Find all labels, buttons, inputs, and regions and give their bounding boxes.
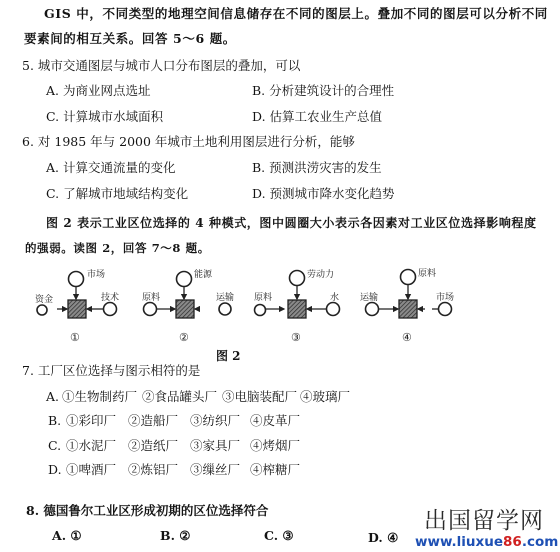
q7-option-c-item-3: ③家具厂	[190, 438, 240, 454]
q8-option-d[interactable]: D. ④	[368, 530, 398, 546]
model-3-right-label: 水	[330, 293, 339, 303]
q5-option-d[interactable]: D. 估算工农业生产总值	[252, 109, 382, 125]
q7-option-c-item-1: ①水泥厂	[66, 438, 116, 454]
watermark-url-number: 86	[503, 534, 522, 550]
q8-option-c[interactable]: C. ③	[264, 528, 294, 544]
watermark-url-prefix: www.liuxue	[415, 534, 503, 550]
intro-7-8-line1: 图 2 表示工业区位选择的 4 种模式，图中圆圈大小表示各因素对工业区位选择影响…	[46, 215, 537, 231]
q6-option-b[interactable]: B. 预测洪涝灾害的发生	[252, 160, 382, 176]
watermark-url-suffix: .com	[522, 534, 558, 550]
q7-option-c-item-4: ④烤烟厂	[250, 438, 300, 454]
q7-option-b-item-4: ④皮革厂	[250, 413, 300, 429]
model-2-top-label: 能源	[194, 270, 212, 280]
q7-option-d-item-1: ①啤酒厂	[66, 462, 116, 478]
industrial-location-models-svg	[0, 262, 560, 347]
q7-option-a-item-3: ③电脑装配厂	[222, 389, 297, 405]
q6-option-d[interactable]: D. 预测城市降水变化趋势	[252, 186, 395, 202]
intro-5-6-line2: 要素间的相互关系。回答 5～6 题。	[24, 31, 236, 47]
figure-caption: 图 2	[216, 348, 241, 364]
q5-option-c[interactable]: C. 计算城市水域面积	[46, 109, 163, 125]
q8-option-b[interactable]: B. ②	[160, 528, 190, 544]
q7-option-b-letter: B.	[48, 413, 61, 429]
intro-5-6-line1: GIS 中，不同类型的地理空间信息储存在不同的图层上。叠加不同的图层可以分析不同	[44, 6, 548, 22]
model-4-right-label: 市场	[436, 293, 454, 303]
q7-option-b-item-2: ②造船厂	[128, 413, 178, 429]
q7-option-b-item-1: ①彩印厂	[66, 413, 116, 429]
model-1-left-label: 资金	[35, 295, 53, 305]
model-4-left-label: 运输	[360, 293, 378, 303]
model-3-left-label: 原料	[254, 293, 272, 303]
model-3-top-label: 劳动力	[307, 270, 334, 280]
watermark-site-name: 出国留学网	[424, 508, 544, 534]
q8-option-a[interactable]: A. ①	[52, 528, 82, 544]
model-1-number: ①	[70, 332, 80, 344]
q7-option-b-item-3: ③纺织厂	[190, 413, 240, 429]
model-2-left-label: 原料	[142, 293, 160, 303]
q7-option-a-item-4: ④玻璃厂	[300, 389, 350, 405]
model-1-top-label: 市场	[87, 270, 105, 280]
q7-option-c-item-2: ②造纸厂	[128, 438, 178, 454]
q7-option-a-letter: A.	[46, 389, 59, 405]
q7-option-d-item-2: ②炼铝厂	[128, 462, 178, 478]
model-3-number: ③	[291, 332, 301, 344]
q7-option-a-item-1: ①生物制药厂	[62, 389, 137, 405]
q5-option-a[interactable]: A. 为商业网点选址	[46, 83, 150, 99]
question-8-stem: 8. 德国鲁尔工业区形成初期的区位选择符合	[26, 503, 268, 519]
question-7-stem: 7. 工厂区位选择与图示相符的是	[22, 363, 200, 379]
model-2-number: ②	[179, 332, 189, 344]
q5-option-b[interactable]: B. 分析建筑设计的合理性	[252, 83, 394, 99]
question-6-stem: 6. 对 1985 年与 2000 年城市土地利用图层进行分析，能够	[22, 134, 355, 150]
model-1-right-label: 技术	[101, 293, 119, 303]
model-4-number: ④	[402, 332, 412, 344]
watermark-url: www.liuxue86.com	[415, 534, 558, 550]
model-2-right-label: 运输	[216, 293, 234, 303]
q7-option-a-item-2: ②食品罐头厂	[142, 389, 217, 405]
q6-option-c[interactable]: C. 了解城市地域结构变化	[46, 186, 188, 202]
q7-option-d-item-3: ③缫丝厂	[190, 462, 240, 478]
figure-2-diagram: 市场 资金 技术 ① 能源 原料 运输 ② 原料 劳动力 水 ③ 原料 运输 市…	[0, 262, 560, 347]
intro-7-8-line2: 的强弱。读图 2，回答 7～8 题。	[25, 240, 210, 256]
q7-option-c-letter: C.	[48, 438, 61, 454]
q7-option-d-item-4: ④榨糖厂	[250, 462, 300, 478]
model-4-top-label: 原料	[418, 269, 436, 279]
question-5-stem: 5. 城市交通图层与城市人口分布图层的叠加，可以	[22, 58, 300, 74]
q7-option-d-letter: D.	[48, 462, 62, 478]
q6-option-a[interactable]: A. 计算交通流量的变化	[46, 160, 175, 176]
